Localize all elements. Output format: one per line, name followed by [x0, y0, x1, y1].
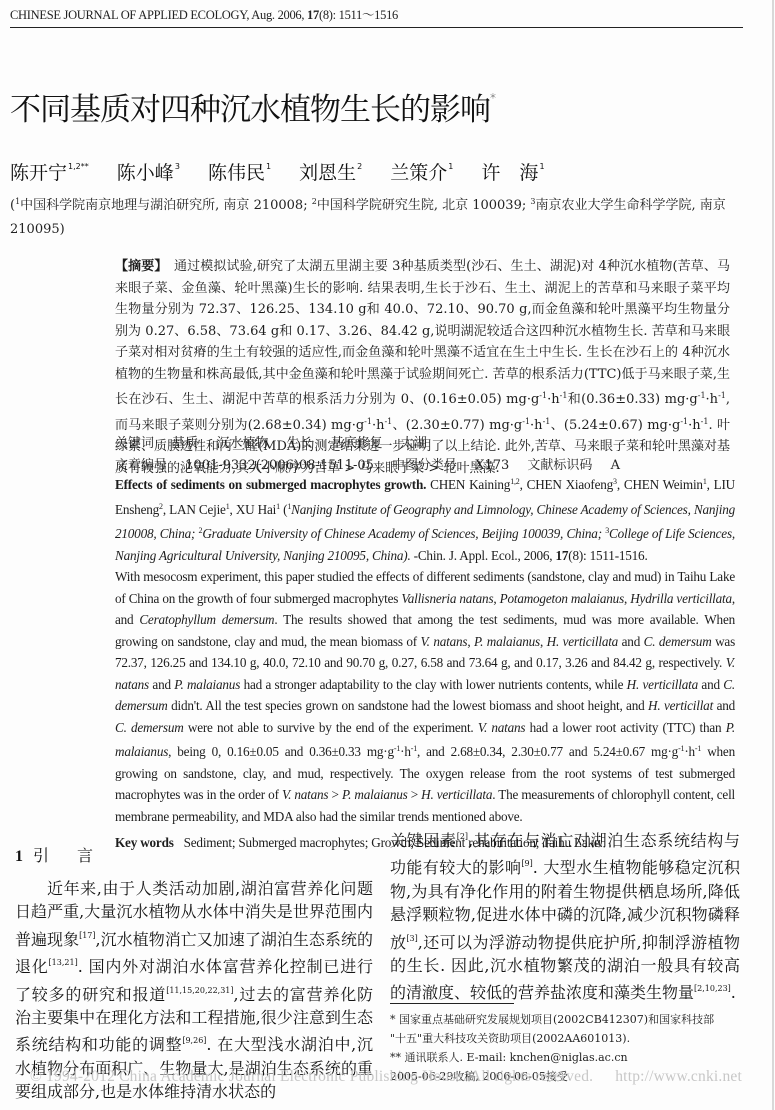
- species-name: H. verticillata: [547, 634, 618, 649]
- affiliation-2: 中国科学院研究生院, 北京 100039;: [317, 198, 531, 213]
- author-name: 兰策介: [390, 162, 447, 184]
- body-column-right: 关键因素[2],其存在与消亡对湖泊生态系统结构与功能有较大的影响[9]. 大型水…: [390, 825, 740, 1005]
- citation: -Chin. J. Appl. Ecol., 2006,: [411, 548, 556, 563]
- header-rule: [10, 27, 743, 28]
- species-name: V. natans: [282, 787, 328, 802]
- keywords-label: 关键词: [115, 436, 154, 451]
- citation: (8): 1511-1516.: [568, 548, 647, 563]
- reference-citation: [17]: [79, 931, 95, 940]
- author: 刘恩生2: [299, 162, 362, 184]
- running-head: CHINESE JOURNAL OF APPLIED ECOLOGY, Aug.…: [10, 5, 398, 23]
- species-name: H. verticillata: [627, 677, 698, 692]
- species-name: Vallisneria natans: [401, 591, 493, 606]
- author: 陈开宁1,2**: [10, 162, 89, 184]
- english-author: , XU Hai: [230, 502, 277, 517]
- abstract-text: >: [408, 787, 422, 802]
- abstract-text: ·h: [688, 418, 701, 433]
- abstract-text: ·h: [530, 418, 543, 433]
- section-title: 引: [33, 846, 49, 865]
- reference-citation: [2]: [457, 832, 468, 841]
- keyword: 生长: [286, 436, 312, 451]
- copyright-text: © 1994-2012 China Academic Journal Elect…: [30, 1068, 593, 1085]
- unit-sup: -1: [698, 391, 706, 400]
- footnote-funding: * 国家重点基础研究发展规划项目(2002CB412307)和国家科技部: [390, 1010, 740, 1029]
- species-name: H. verticillat: [648, 698, 713, 713]
- species-name: C. demersum: [644, 634, 712, 649]
- author: 陈伟民1: [208, 162, 271, 184]
- author-name: 刘恩生: [299, 162, 356, 184]
- reference-citation: [9]: [521, 859, 532, 868]
- body-text: ,还可以为浮游动物提供庇护所,抑制浮游植物的生长. 因此,沉水植物繁茂的湖泊一般…: [390, 933, 740, 1003]
- affiliation-1: 中国科学院南京地理与湖泊研究所, 南京 210008;: [20, 198, 312, 213]
- abstract-label: 【摘要】: [115, 259, 161, 274]
- species-name: H. verticillata: [421, 787, 492, 802]
- abstract-text: ·h: [372, 418, 385, 433]
- unit-sup: -1: [522, 417, 530, 426]
- section-title: 言: [77, 846, 93, 865]
- abstract-text: , and 2.68±0.34, 2.30±0.77 and 5.24±0.67…: [417, 744, 678, 759]
- species-name: Ceratophyllum demersum: [139, 612, 274, 627]
- abstract-text: and: [713, 698, 735, 713]
- keyword: 太湖: [401, 436, 427, 451]
- journal-name: CHINESE JOURNAL OF APPLIED ECOLOGY, Aug.…: [10, 8, 307, 22]
- abstract-text: 、(2.30±0.77) mg·g: [392, 418, 522, 433]
- abstract-text: ·h: [684, 744, 695, 759]
- author-affiliation-sup: 1,2**: [68, 162, 89, 171]
- abstract-text: 和(0.36±0.33) mg·g: [567, 392, 697, 407]
- abstract-text: and: [149, 677, 174, 692]
- english-author: , CHEN Xiaofeng: [520, 477, 613, 492]
- species-name: V. natans: [478, 720, 526, 735]
- abstract-text: 、(5.24±0.67) mg·g: [550, 418, 680, 433]
- unit-sup: -1: [718, 391, 726, 400]
- keyword: 基底修复: [331, 436, 383, 451]
- reference-citation: [9,26]: [182, 1036, 206, 1045]
- abstract-text: ·h: [706, 392, 719, 407]
- paper-title: 不同基质对四种沉水植物生长的影响*: [10, 84, 495, 129]
- journal-issue-pages: (8): 1511～1516: [319, 8, 398, 22]
- author-name: 陈小峰: [117, 162, 174, 184]
- journal-volume: 17: [307, 8, 319, 22]
- author-affiliation-sup: 1: [539, 162, 544, 171]
- footnote-funding-cont: "十五"重大科技攻关资助项目(2002AA601013).: [390, 1029, 740, 1048]
- species-name: P. malaianus: [474, 634, 540, 649]
- reference-citation: [13,21]: [49, 958, 78, 967]
- reference-citation: [2,10,23]: [694, 984, 731, 993]
- body-text: .: [731, 983, 736, 1002]
- english-abstract-block: Effects of sediments on submerged macrop…: [115, 471, 735, 854]
- author-name: 许 海: [481, 162, 538, 184]
- english-author: , LAN Cejie: [163, 502, 226, 517]
- citation-volume: 17: [555, 548, 568, 563]
- english-header: Effects of sediments on submerged macrop…: [115, 471, 735, 566]
- author-affiliation-sup: 2: [357, 162, 362, 171]
- author-affiliation-sup: 1: [266, 162, 271, 171]
- english-author: , CHEN Weimin: [617, 477, 703, 492]
- author-affiliation-sup: 1: [448, 162, 453, 171]
- english-affiliation: Graduate University of Chinese Academy o…: [202, 526, 605, 541]
- unit-sup: -1: [364, 417, 372, 426]
- abstract-text: >: [328, 787, 342, 802]
- footnote-corresponding-author: ** 通讯联系人. E-mail: knchen@niglas.ac.cn: [390, 1048, 740, 1067]
- abstract-text: ,: [540, 634, 547, 649]
- abstract-text: ·h: [400, 744, 411, 759]
- reference-citation: [3]: [406, 934, 417, 943]
- abstract-text: ·h: [547, 392, 560, 407]
- species-name: Potamogeton malaianus: [500, 591, 624, 606]
- author: 陈小峰3: [117, 162, 180, 184]
- cnki-url[interactable]: http://www.cnki.net: [615, 1068, 742, 1085]
- author: 兰策介1: [390, 162, 453, 184]
- english-author: CHEN Kaining: [426, 477, 510, 492]
- species-name: C. demersum: [115, 720, 184, 735]
- english-abstract: With mesocosm experiment, this paper stu…: [115, 566, 735, 827]
- author-name: 陈开宁: [10, 162, 67, 184]
- author-affiliation-sup: 3: [175, 162, 180, 171]
- keywords-chinese: 关键词 基质 沉水植物 生长 基底修复 太湖: [115, 432, 441, 451]
- author-list: 陈开宁1,2** 陈小峰3 陈伟民1 刘恩生2 兰策介1 许 海1: [10, 158, 567, 185]
- reference-citation: [11,15,20,22,31]: [166, 986, 233, 995]
- unit-sup: -1: [539, 391, 547, 400]
- abstract-text: and: [698, 677, 723, 692]
- abstract-text: 通过模拟试验,研究了太湖五里湖主要 3种基质类型(沙石、生土、湖泥)对 4种沉水…: [115, 259, 730, 407]
- unit-sup: -1: [680, 417, 688, 426]
- author-name: 陈伟民: [208, 162, 265, 184]
- copyright-watermark: © 1994-2012 China Academic Journal Elect…: [30, 1068, 742, 1086]
- body-text: 关键因素: [390, 831, 457, 850]
- affiliations: (1中国科学院南京地理与湖泊研究所, 南京 210008; 2中国科学院研究生院…: [10, 190, 740, 242]
- abstract-text: were not able to survive by the end of t…: [184, 720, 478, 735]
- author: 许 海1: [481, 162, 544, 184]
- abstract-text: had a lower root activity (TTC) than: [525, 720, 725, 735]
- paper-title-text: 不同基质对四种沉水植物生长的影响: [10, 92, 490, 128]
- abstract-text: , being 0, 0.16±0.05 and 0.36±0.33 mg·g: [168, 744, 394, 759]
- species-name: P. malaianus: [342, 787, 408, 802]
- keyword: 沉水植物: [216, 436, 268, 451]
- footnote-rule: [390, 1003, 514, 1004]
- section-number: 1: [15, 848, 23, 865]
- affil-sup: 1,2: [510, 477, 519, 486]
- abstract-text: ,: [467, 634, 474, 649]
- species-name: Hydrilla verticillata: [630, 591, 732, 606]
- abstract-text: didn't. All the test species grown on sa…: [168, 698, 648, 713]
- keyword: 基质: [172, 436, 198, 451]
- keywords-label: Key words: [115, 835, 174, 850]
- title-footnote-marker: *: [490, 91, 495, 105]
- section-heading-introduction: 1引言: [15, 843, 93, 866]
- abstract-text: had a stronger adaptability to the clay …: [240, 677, 627, 692]
- page-edge-line: [772, 0, 774, 1110]
- english-title: Effects of sediments on submerged macrop…: [115, 477, 426, 492]
- abstract-text: and: [618, 634, 644, 649]
- species-name: P. malaianus: [174, 677, 240, 692]
- species-name: V. natans: [421, 634, 468, 649]
